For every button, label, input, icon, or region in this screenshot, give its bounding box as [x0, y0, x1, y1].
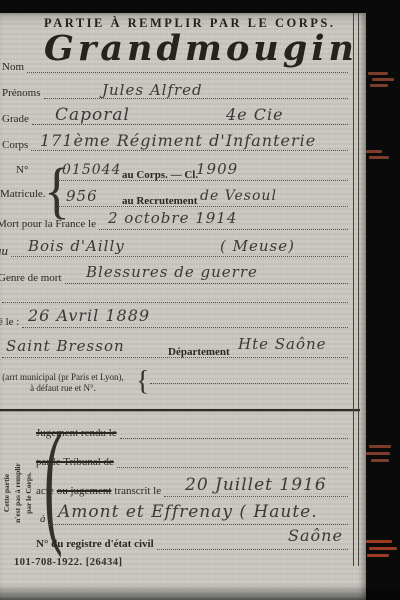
handwritten-date-naissance: 26 Avril 1889 — [28, 308, 150, 324]
handwritten-transcription-dept: Saône — [288, 528, 343, 544]
dotted-leader — [2, 295, 348, 303]
bottom-shadow — [0, 584, 400, 600]
transcription-a-label: à — [40, 514, 49, 525]
film-edge-mark — [366, 452, 390, 455]
handwritten-matricule-recrutement: 956 — [66, 189, 98, 204]
acte-label: acte — [36, 486, 57, 497]
arrondissement-dotted-line — [150, 370, 348, 384]
au-corps-label: au Corps. — Cl. — [122, 170, 198, 181]
departement-label: Département — [168, 347, 230, 358]
handwritten-lieu-dept: ( Meuse) — [220, 239, 295, 254]
field-row-jugement: Jugement rendu le — [36, 425, 348, 439]
arrondissement-label-line1: (arrt municipal (pr Paris et Lyon), — [0, 373, 138, 382]
handwritten-recrutement-place: de Vesoul — [200, 189, 277, 203]
jugement-label: Jugement rendu le — [36, 428, 120, 439]
side-note-line2: n'est pas à remplir — [13, 428, 24, 558]
film-edge-mark — [372, 78, 394, 81]
empty-dotted-line — [2, 296, 348, 303]
handwritten-date-transcription: 20 Juillet 1916 — [185, 477, 327, 494]
film-edge-mark — [369, 547, 397, 550]
matricule-label-line2: Matricule. — [0, 189, 46, 200]
field-row-tribunal: par le Tribunal de — [36, 454, 348, 468]
film-edge-mark — [370, 84, 388, 87]
handwritten-matricule-corps: 015044 — [62, 163, 121, 177]
acte-struck-words: ou jugement — [57, 486, 115, 497]
scanned-photo-background: PARTIE À REMPLIR PAR LE CORPS. Nom Grand… — [0, 0, 400, 600]
acte-transcrit-label: transcrit le — [114, 486, 164, 497]
genre-label: Genre de mort — [0, 273, 65, 284]
handwritten-transcription-lieu: Amont et Effrenay ( Haute. — [58, 504, 318, 521]
handwritten-commune: Saint Bresson — [6, 339, 125, 354]
arrondissement-label-line2: à défaut rue et N°. — [0, 384, 138, 393]
handwritten-grade: Caporal — [55, 107, 130, 124]
film-edge-mark — [371, 459, 389, 462]
card-right-border — [353, 13, 359, 566]
film-edge-mark — [366, 150, 382, 153]
arrondissement-brace: { — [136, 368, 149, 396]
handwritten-nom: Grandmougin — [44, 31, 358, 66]
handwritten-regiment: 171ème Régiment d'Infanterie — [40, 133, 316, 149]
grade-label: Grade — [2, 114, 32, 125]
film-edge-mark — [369, 156, 389, 159]
side-note-rotated: Cette partie n'est pas à remplir par le … — [2, 428, 40, 558]
registre-label: N° du registre d'état civil — [36, 539, 157, 550]
handwritten-prenoms: Jules Alfred — [102, 83, 203, 98]
prenoms-label: Prénoms — [2, 88, 44, 99]
corps-label: Corps — [2, 140, 31, 151]
film-edge-mark — [367, 554, 389, 557]
side-note-line3: par le Corps. — [24, 428, 35, 558]
tribunal-label: par le Tribunal de — [36, 457, 117, 468]
handwritten-lieu: Bois d'Ailly — [28, 239, 125, 254]
handwritten-date-mort: 2 octobre 1914 — [108, 211, 237, 226]
au-recrutement-label: au Recrutement — [122, 196, 197, 207]
lieu-label: au — [0, 244, 11, 257]
mort-label: Mort pour la France le — [0, 219, 99, 230]
dotted-leader — [117, 453, 348, 468]
nom-label: Nom — [2, 62, 27, 73]
handwritten-departement: Hte Saône — [238, 337, 327, 352]
film-edge-mark — [369, 445, 391, 448]
film-edge-mark — [366, 540, 392, 543]
handwritten-compagnie: 4e Cie — [226, 107, 284, 123]
field-row-grade: Grade — [2, 111, 348, 125]
side-note-line1: Cette partie — [2, 428, 13, 558]
ne-label: Né le : — [0, 317, 22, 328]
dotted-leader — [120, 424, 348, 439]
film-edge-mark — [368, 72, 388, 75]
print-reference: 101-708-1922. [26434] — [14, 557, 123, 568]
handwritten-genre: Blessures de guerre — [86, 265, 258, 280]
matricule-label-line1: N° — [16, 165, 28, 176]
handwritten-classe: 1909 — [196, 162, 238, 177]
death-record-card: PARTIE À REMPLIR PAR LE CORPS. Nom Grand… — [0, 13, 366, 600]
dotted-leader — [150, 369, 348, 384]
